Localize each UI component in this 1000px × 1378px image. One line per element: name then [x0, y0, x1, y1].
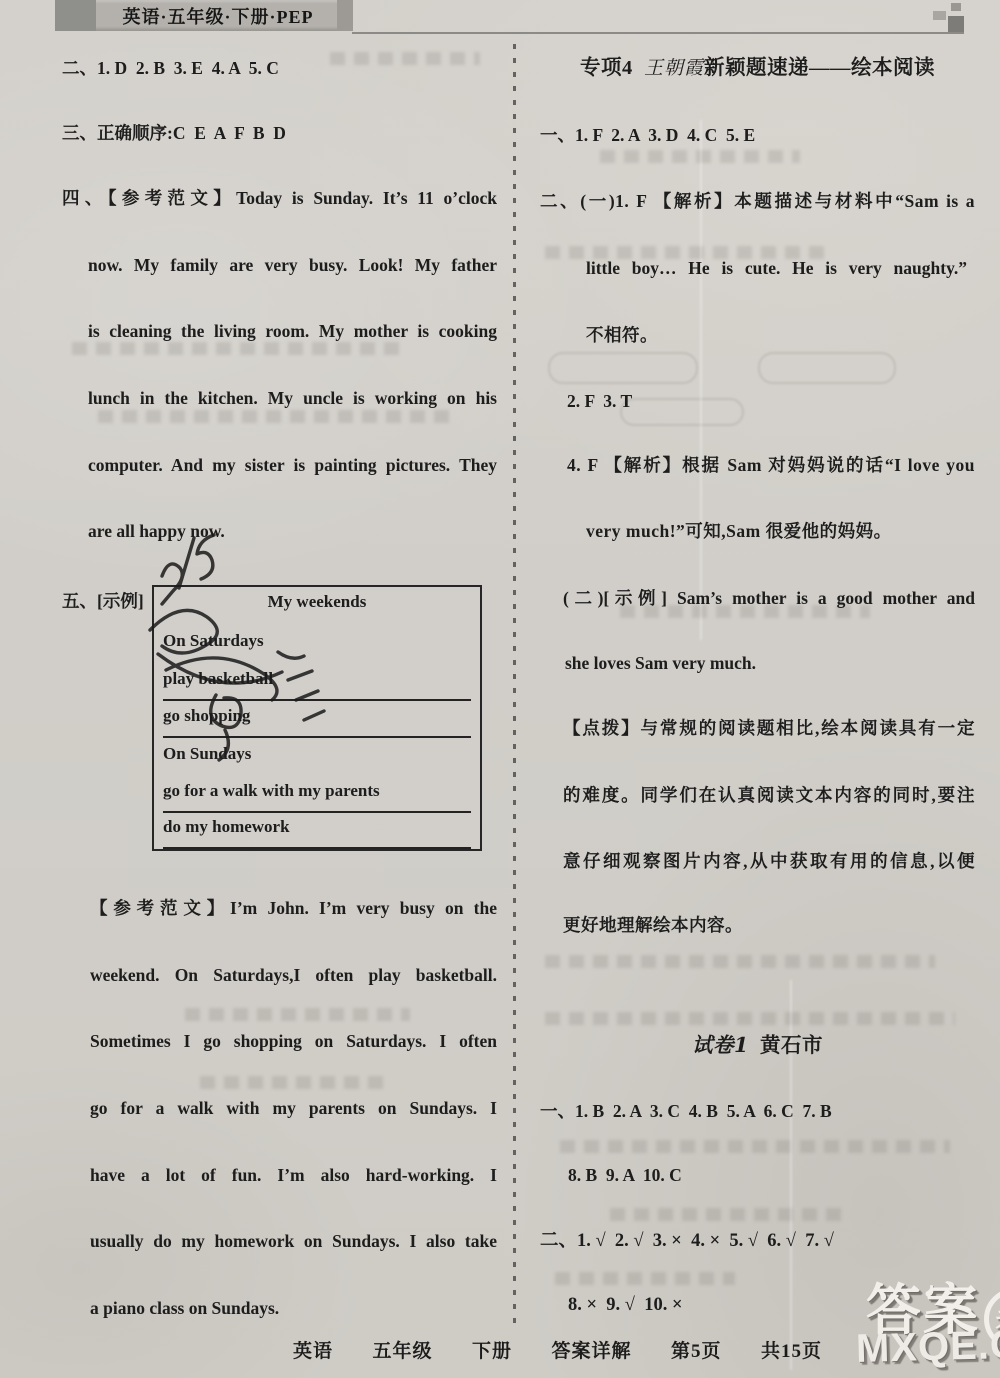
paper-1-label: 试卷1 [692, 1033, 749, 1057]
tips-line: 更好地理解绘本内容。 [563, 912, 743, 938]
booklet-header-bar: 英语·五年级·下册·PEP [55, 0, 353, 31]
bleed-through-pill [758, 352, 896, 384]
answers-section-3: 三、正确顺序:C E A F B D [62, 120, 286, 146]
essay-line: is cleaning the living room. My mother i… [88, 318, 497, 370]
special-section-title: 专项4 王朝霞新颖题速递——绘本阅读 [540, 50, 975, 80]
essay-line: a piano class on Sundays. [90, 1295, 279, 1321]
weekend-box-row: do my homework [163, 817, 471, 849]
header-deco-square [951, 3, 961, 11]
paper1-judge-answers: 二、1. √ 2. √ 3. × 4. × 5. √ 6. √ 7. √ [540, 1228, 834, 1254]
bleed-through-smudge [330, 52, 480, 65]
analysis-line: little boy… He is cute. He is very naugh… [586, 255, 967, 307]
analysis-line: she loves Sam very much. [565, 650, 756, 676]
bleed-through-smudge [545, 955, 935, 968]
answers-section-2: 二、1. D 2. B 3. E 4. A 5. C [62, 55, 279, 81]
analysis-line: 不相符。 [586, 322, 658, 348]
analysis-line: (二)[示例] Sam’s mother is a good mother an… [563, 585, 975, 637]
essay-line: go for a walk with my parents on Sundays… [90, 1095, 497, 1147]
tips-line: 意仔细观察图片内容,从中获取有用的信息,以便 [563, 848, 975, 900]
header-right-edge [337, 0, 353, 31]
analysis-line: 4. F 【解析】根据 Sam 对妈妈说的话“I love you [567, 452, 975, 504]
handwritten-scribble [128, 532, 343, 772]
essay-line: lunch in the kitchen. My uncle is workin… [88, 385, 497, 437]
weekend-box-row: go for a walk with my parents [163, 781, 471, 813]
header-left-square [55, 0, 96, 31]
tips-line: 的难度。同学们在认真阅读文本内容的同时,要注 [563, 782, 975, 834]
scanned-answer-page: 英语·五年级·下册·PEP 二、1. D 2. B 3. E 4. A 5. C… [0, 0, 1000, 1378]
header-deco-square [933, 11, 946, 20]
header-rule-line [352, 32, 964, 34]
bleed-through-smudge [610, 1208, 850, 1221]
essay-line: Sometimes I go shopping on Saturdays. I … [90, 1028, 497, 1080]
page-footer: 英语 五年级 下册 答案详解 第5页 共15页 [293, 1336, 822, 1363]
special-title-prefix: 专项4 [580, 57, 633, 79]
bleed-through-smudge [560, 1140, 950, 1153]
essay-line: usually do my homework on Sundays. I als… [90, 1228, 497, 1280]
essay-line: now. My family are very busy. Look! My f… [88, 252, 497, 304]
tips-line: 【点拨】与常规的阅读题相比,绘本阅读具有一定 [563, 715, 975, 767]
essay-line: 四、【参考范文】Today is Sunday. It’s 11 o’clock [62, 185, 497, 237]
bleed-through-smudge [555, 1272, 735, 1285]
bleed-through-smudge [545, 1012, 955, 1025]
essay-line: 【参考范文】I’m John. I’m very busy on the [90, 895, 497, 947]
special-title-author: 王朝霞 [644, 57, 704, 79]
paper1-choice-answers: 8. B 9. A 10. C [568, 1162, 682, 1188]
paper1-judge-answers: 8. × 9. √ 10. × [568, 1292, 683, 1318]
site-watermark: MXQE.COM [855, 1321, 1000, 1372]
bleed-through-pill [620, 398, 744, 426]
essay-line: have a lot of fun. I’m also hard-working… [90, 1162, 497, 1214]
analysis-line: 2. F 3. T [567, 388, 632, 414]
header-deco-square [948, 16, 964, 32]
booklet-title: 英语·五年级·下册·PEP [103, 3, 333, 29]
bleed-through-pill [548, 352, 698, 384]
paper-1-city: 黄石市 [760, 1035, 823, 1057]
analysis-line: 二、(一)1. F 【解析】本题描述与材料中“Sam is a [540, 188, 975, 240]
essay-line: computer. And my sister is painting pict… [88, 452, 497, 504]
essay-line: weekend. On Saturdays,I often play baske… [90, 962, 497, 1014]
paper1-choice-answers: 一、1. B 2. A 3. C 4. B 5. A 6. C 7. B [540, 1098, 832, 1124]
answers-section-1: 一、1. F 2. A 3. D 4. C 5. E [540, 122, 755, 148]
analysis-line: very much!”可知,Sam 很爱他的妈妈。 [586, 518, 892, 544]
special-title-rest: 新颖题速递——绘本阅读 [704, 57, 935, 79]
paper-1-title: 试卷1 黄石市 [540, 1028, 975, 1058]
column-divider-dotted-line [513, 44, 516, 1324]
